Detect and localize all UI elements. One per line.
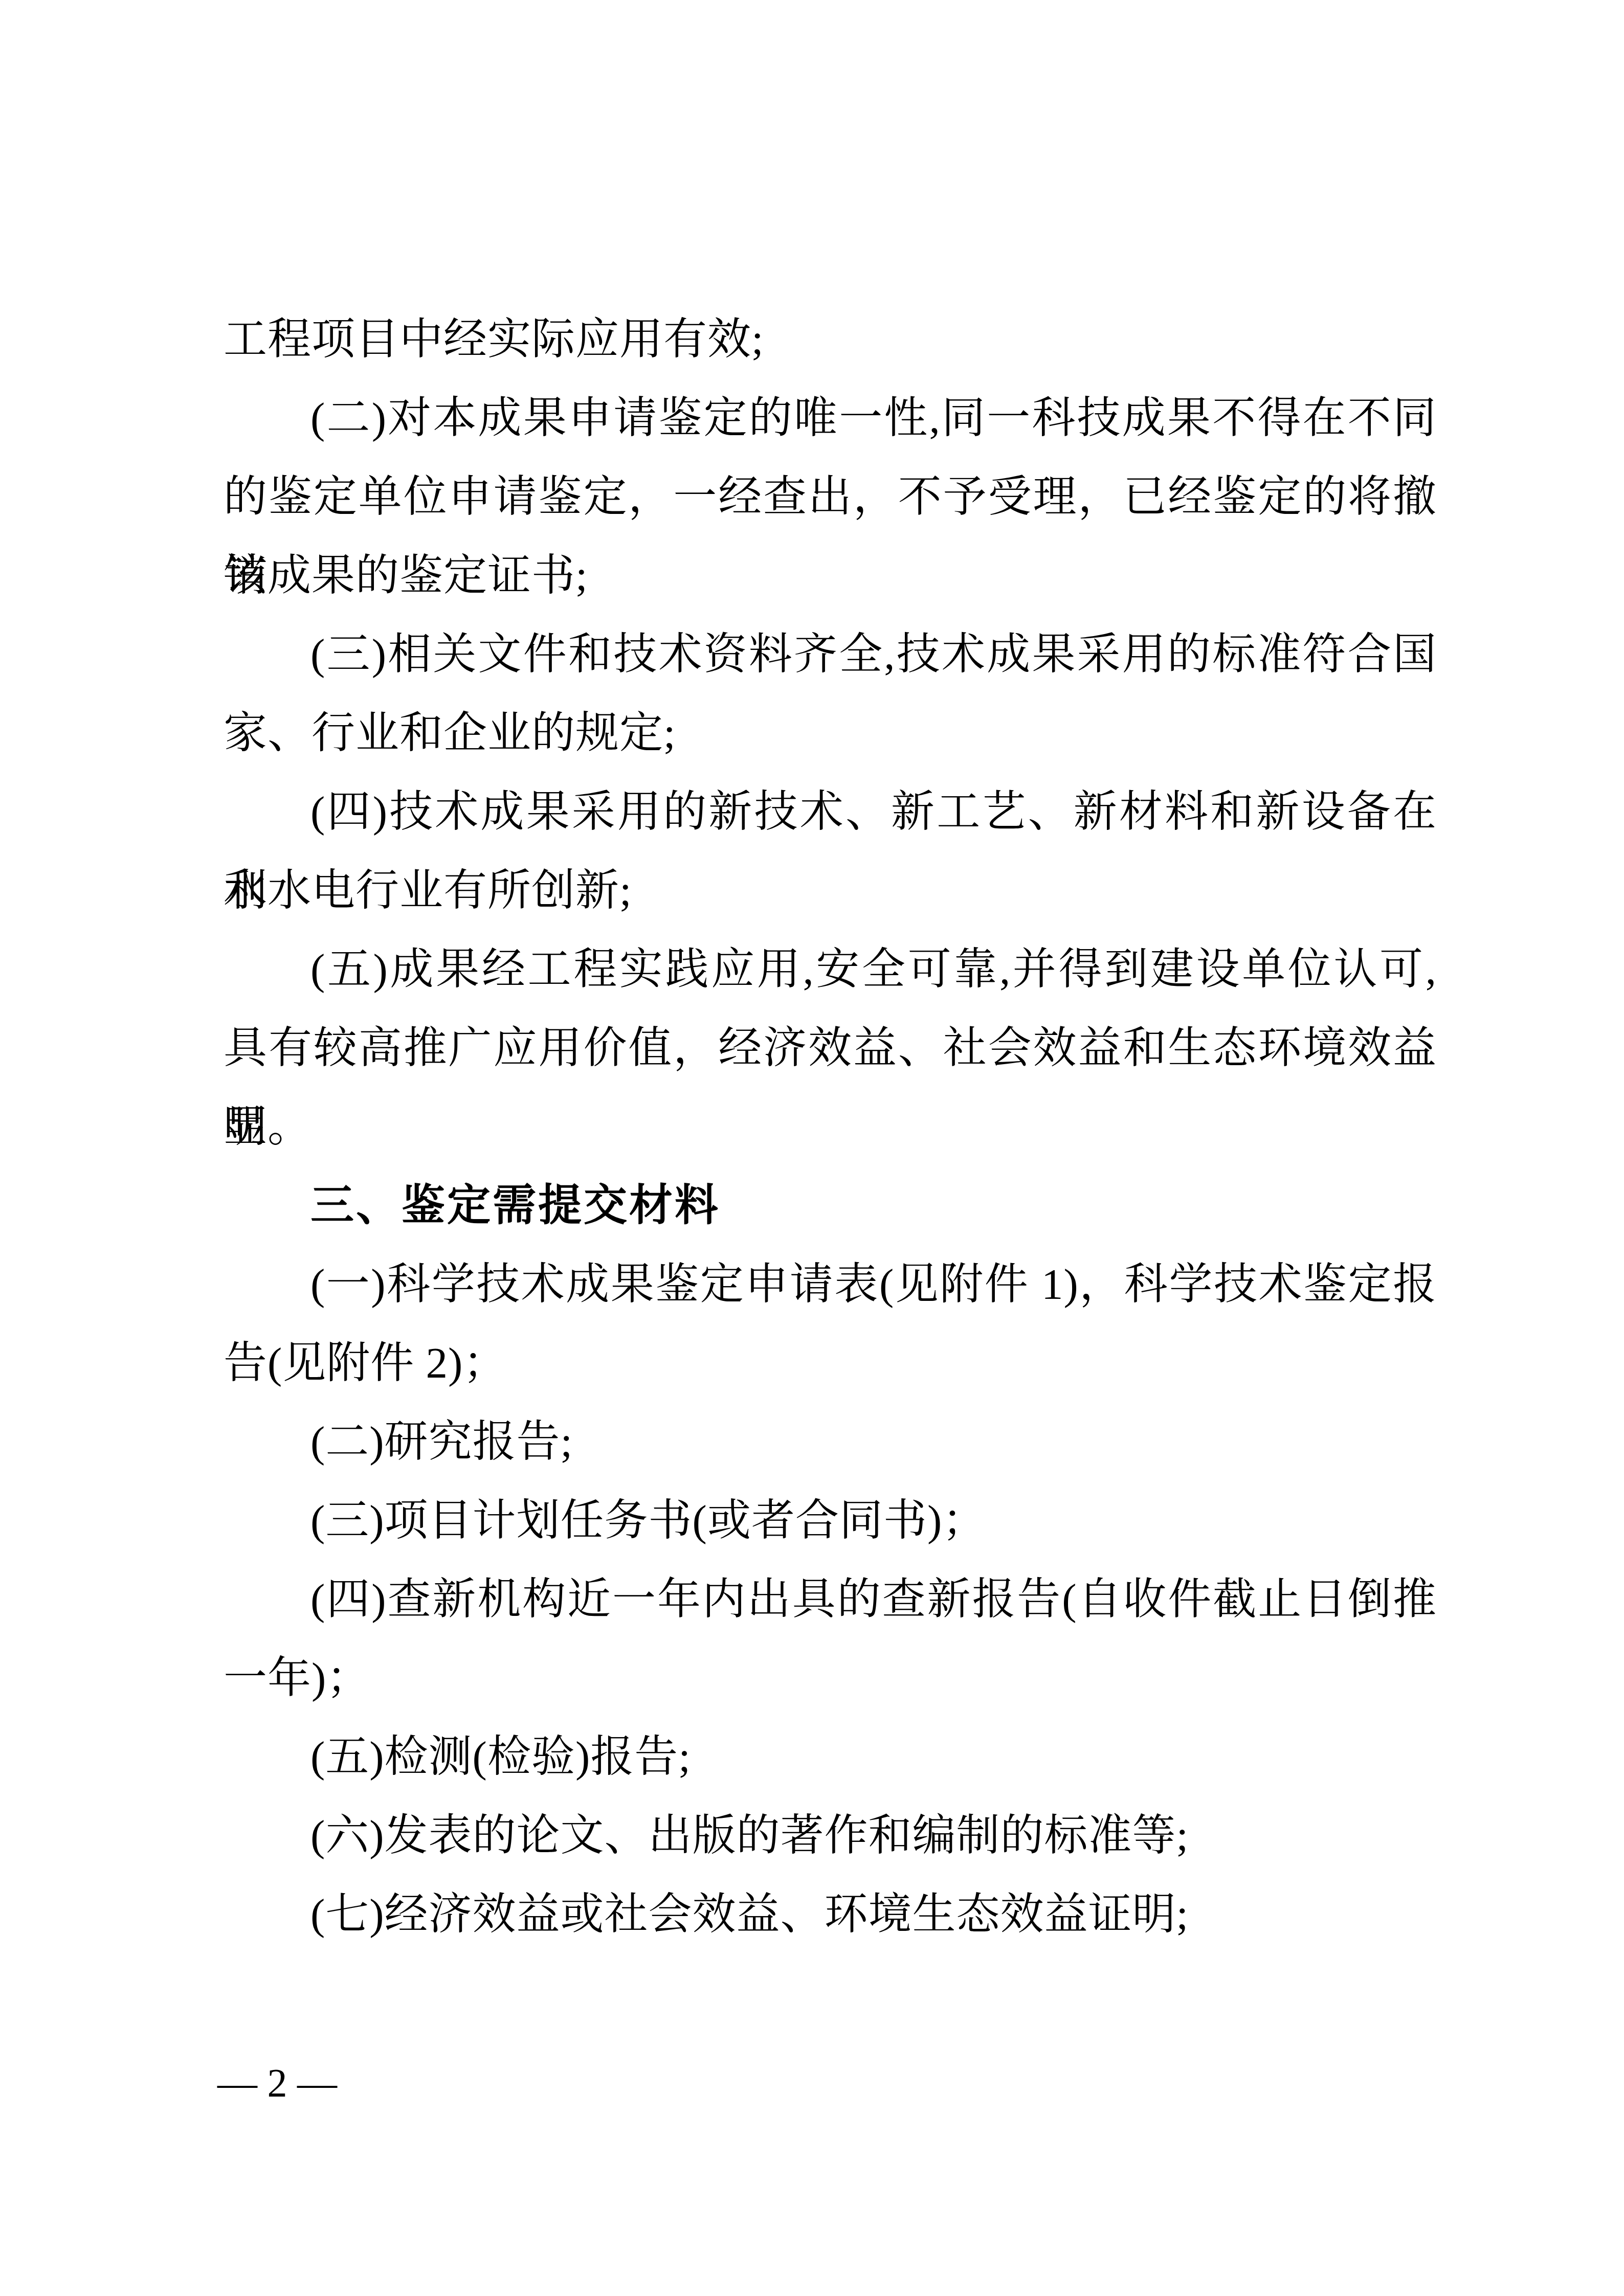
body-line-16: (三)项目计划任务书(或者合同书)； (224, 1481, 1437, 1560)
body-line-5: (三)相关文件和技术资料齐全,技术成果采用的标准符合国 (224, 615, 1437, 694)
page-footer: — 2 — (217, 2055, 337, 2111)
body-line-21: (七)经济效益或社会效益、环境生态效益证明; (224, 1875, 1437, 1954)
body-line-19: (五)检测(检验)报告; (224, 1718, 1437, 1796)
section-heading-materials: 三、鉴定需提交材料 (224, 1166, 1437, 1245)
body-line-15: (二)研究报告; (224, 1403, 1437, 1481)
body-line-20: (六)发表的论文、出版的著作和编制的标准等; (224, 1796, 1437, 1875)
body-line-17: (四)查新机构近一年内出具的查新报告(自收件截止日倒推 (224, 1560, 1437, 1639)
body-line-9: (五)成果经工程实践应用,安全可靠,并得到建设单位认可, (224, 930, 1437, 1009)
body-line-1: 工程项目中经实际应用有效; (224, 300, 1437, 379)
body-line-13: (一)科学技术成果鉴定申请表(见附件 1)，科学技术鉴定报 (224, 1245, 1437, 1324)
document-page: 工程项目中经实际应用有效; (二)对本成果申请鉴定的唯一性,同一科技成果不得在不… (0, 0, 1624, 2296)
body-line-14: 告(见附件 2)； (224, 1324, 1437, 1403)
body-line-8: 利水电行业有所创新; (224, 851, 1437, 930)
body-line-7: (四)技术成果采用的新技术、新工艺、新材料和新设备在水 (224, 773, 1437, 851)
body-line-3: 的鉴定单位申请鉴定，一经查出，不予受理，已经鉴定的将撤销 (224, 458, 1437, 536)
body-line-18: 一年)； (224, 1639, 1437, 1718)
body-line-2: (二)对本成果申请鉴定的唯一性,同一科技成果不得在不同 (224, 379, 1437, 458)
body-line-4: 该成果的鉴定证书; (224, 536, 1437, 615)
body-line-6: 家、行业和企业的规定; (224, 694, 1437, 773)
document-body: 工程项目中经实际应用有效; (二)对本成果申请鉴定的唯一性,同一科技成果不得在不… (224, 300, 1437, 1954)
body-line-11: 显。 (224, 1088, 1437, 1166)
page-number: — 2 — (217, 2060, 337, 2105)
body-line-10: 具有较高推广应用价值，经济效益、社会效益和生态环境效益明 (224, 1009, 1437, 1088)
